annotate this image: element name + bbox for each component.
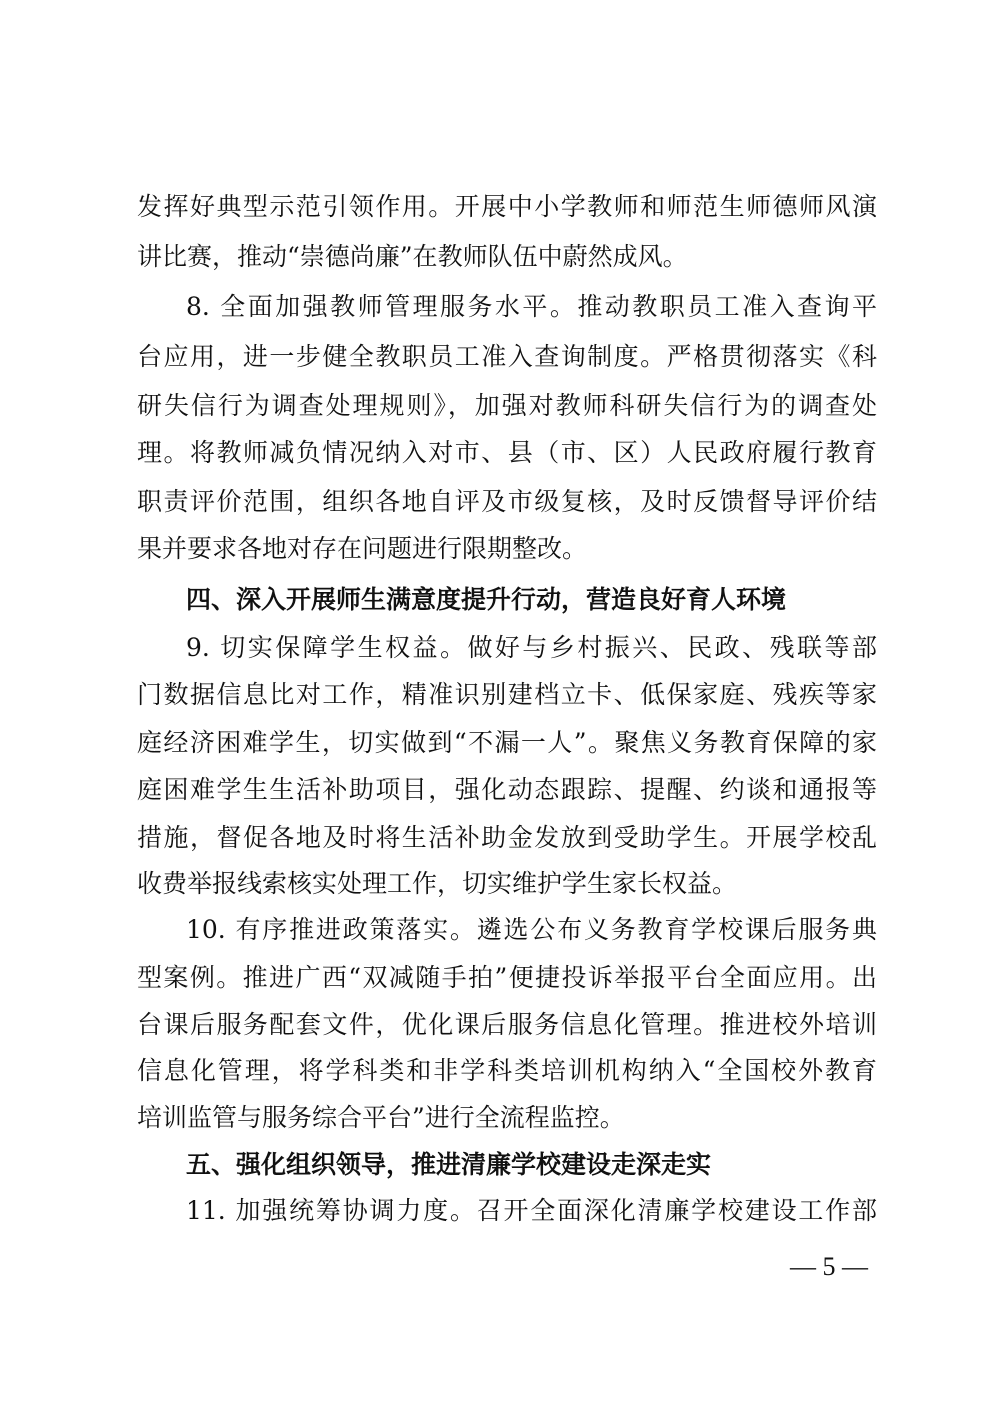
body-line: 理。将教师减负情况纳入对市、县（市、区）人民政府履行教育: [137, 433, 877, 473]
item-8-title-line: 8. 全面加强教师管理服务水平。推动教职员工准入查询平: [186, 287, 877, 327]
item-11-title-line: 11. 加强统筹协调力度。召开全面深化清廉学校建设工作部: [186, 1191, 877, 1231]
section-heading-5: 五、强化组织领导，推进清廉学校建设走深走实: [186, 1145, 711, 1185]
body-line: 门数据信息比对工作，精准识别建档立卡、低保家庭、残疾等家: [137, 675, 877, 715]
section-heading-4: 四、深入开展师生满意度提升行动，营造良好育人环境: [186, 580, 786, 620]
item-10-title-line: 10. 有序推进政策落实。遴选公布义务教育学校课后服务典: [186, 910, 877, 950]
page-number: — 5 —: [790, 1252, 868, 1282]
body-line: 职责评价范围，组织各地自评及市级复核，及时反馈督导评价结: [137, 482, 877, 522]
body-line: 收费举报线索核实处理工作，切实维护学生家长权益。: [137, 864, 877, 904]
body-line: 措施，督促各地及时将生活补助金发放到受助学生。开展学校乱: [137, 818, 877, 858]
body-line: 庭困难学生生活补助项目，强化动态跟踪、提醒、约谈和通报等: [137, 770, 877, 810]
body-line: 果并要求各地对存在问题进行限期整改。: [137, 529, 877, 569]
body-line: 讲比赛，推动“崇德尚廉”在教师队伍中蔚然成风。: [137, 237, 877, 277]
document-page: 发挥好典型示范引领作用。开展中小学教师和师范生师德师风演 讲比赛，推动“崇德尚廉…: [0, 0, 1000, 1414]
body-line: 庭经济困难学生，切实做到“不漏一人”。聚焦义务教育保障的家: [137, 723, 877, 763]
body-line: 信息化管理，将学科类和非学科类培训机构纳入“全国校外教育: [137, 1051, 877, 1091]
body-line: 台应用，进一步健全教职员工准入查询制度。严格贯彻落实《科: [137, 337, 877, 377]
body-line: 型案例。推进广西“双减随手拍”便捷投诉举报平台全面应用。出: [137, 958, 877, 998]
item-9-title-line: 9. 切实保障学生权益。做好与乡村振兴、民政、残联等部: [186, 628, 877, 668]
body-line: 台课后服务配套文件，优化课后服务信息化管理。推进校外培训: [137, 1005, 877, 1045]
body-line: 发挥好典型示范引领作用。开展中小学教师和师范生师德师风演: [137, 187, 877, 227]
body-line: 研失信行为调查处理规则》，加强对教师科研失信行为的调查处: [137, 386, 877, 426]
body-line: 培训监管与服务综合平台”进行全流程监控。: [137, 1098, 877, 1138]
